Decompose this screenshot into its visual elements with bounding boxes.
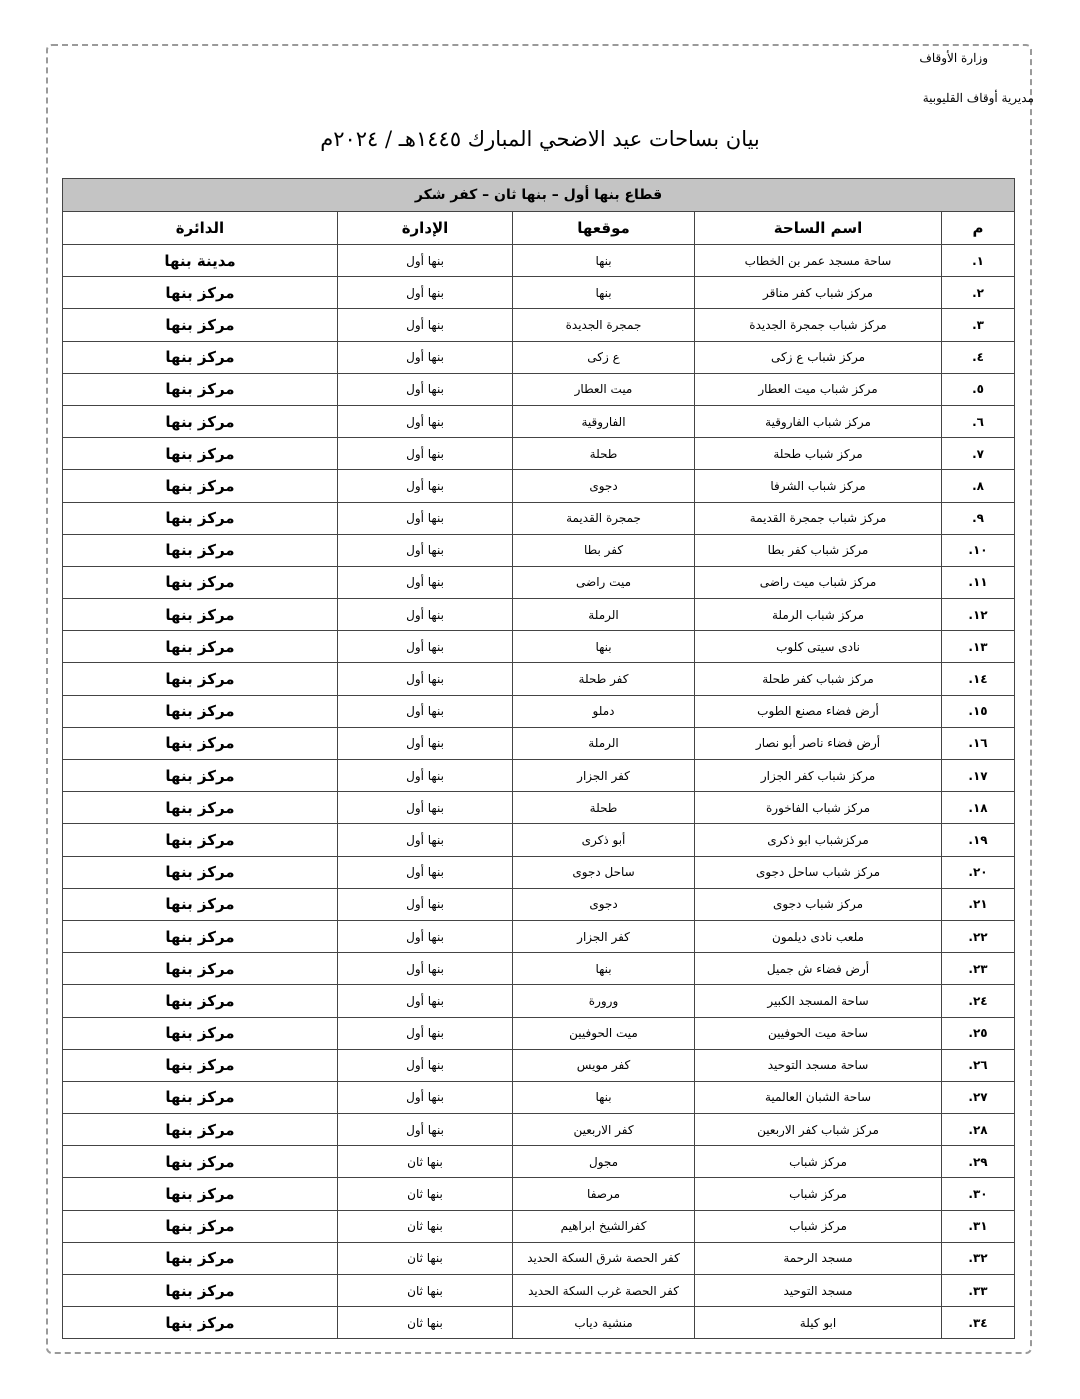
square-location: أبو ذكرى: [513, 824, 695, 856]
square-administration: بنها أول: [338, 277, 513, 309]
table-row: ٩.مركز شباب جمجرة القديمةجمجرة القديمةبن…: [63, 502, 1015, 534]
square-administration: بنها أول: [338, 760, 513, 792]
table-row: ٣٢.مسجد الرحمةكفر الحصة شرق السكة الحديد…: [63, 1242, 1015, 1274]
table-row: ٢٦.ساحة مسجد التوحيدكفر مويسبنها أولمركز…: [63, 1049, 1015, 1081]
square-location: جمجرة الجديدة: [513, 309, 695, 341]
table-row: ٧.مركز شباب طحلةطحلةبنها أولمركز بنها: [63, 438, 1015, 470]
table-row: ٢٥.ساحة ميت الحوفيينميت الحوفيينبنها أول…: [63, 1017, 1015, 1049]
table-row: ٦.مركز شباب الفاروقيةالفاروقيةبنها أولمر…: [63, 405, 1015, 437]
square-name: مسجد الرحمة: [695, 1242, 942, 1274]
square-administration: بنها أول: [338, 856, 513, 888]
row-number: ١٣.: [942, 631, 1015, 663]
square-circle: مركز بنها: [63, 566, 338, 598]
square-location: كفر مويس: [513, 1049, 695, 1081]
square-administration: بنها ثان: [338, 1275, 513, 1307]
row-number: ١٧.: [942, 760, 1015, 792]
table-row: ١٧.مركز شباب كفر الجزاركفر الجزاربنها أو…: [63, 760, 1015, 792]
document-title: بيان بساحات عيد الاضحي المبارك ١٤٤٥هـ / …: [0, 127, 1080, 151]
square-circle: مدينة بنها: [63, 245, 338, 277]
square-circle: مركز بنها: [63, 985, 338, 1017]
square-location: مجول: [513, 1146, 695, 1178]
square-name: مركز شباب كفر مناقر: [695, 277, 942, 309]
square-administration: بنها أول: [338, 631, 513, 663]
table-row: ٥.مركز شباب ميت العطارميت العطاربنها أول…: [63, 373, 1015, 405]
row-number: ١٠.: [942, 534, 1015, 566]
row-number: ٨.: [942, 470, 1015, 502]
square-administration: بنها ثان: [338, 1178, 513, 1210]
row-number: ٧.: [942, 438, 1015, 470]
square-circle: مركز بنها: [63, 309, 338, 341]
directorate-label: مديرية أوقاف القليوبية: [923, 91, 1034, 105]
table-row: ١٩.مركزشباب ابو ذكرىأبو ذكرىبنها أولمركز…: [63, 824, 1015, 856]
square-circle: مركز بنها: [63, 856, 338, 888]
square-administration: بنها أول: [338, 792, 513, 824]
square-location: دجوى: [513, 470, 695, 502]
square-circle: مركز بنها: [63, 1114, 338, 1146]
row-number: ٢٩.: [942, 1146, 1015, 1178]
square-circle: مركز بنها: [63, 438, 338, 470]
square-location: مرصفا: [513, 1178, 695, 1210]
square-name: مركز شباب كفر طحلة: [695, 663, 942, 695]
square-location: ساحل دجوى: [513, 856, 695, 888]
square-administration: بنها أول: [338, 727, 513, 759]
square-administration: بنها أول: [338, 985, 513, 1017]
row-number: ٣٤.: [942, 1307, 1015, 1339]
row-number: ١٢.: [942, 599, 1015, 631]
square-name: مركز شباب الفاخورة: [695, 792, 942, 824]
square-name: مركز شباب طحلة: [695, 438, 942, 470]
table-row: ١٥.أرض فضاء مصنع الطوبدملوبنها أولمركز ب…: [63, 695, 1015, 727]
row-number: ٣٣.: [942, 1275, 1015, 1307]
square-location: كفرالشيخ ابراهيم: [513, 1210, 695, 1242]
square-location: الفاروقية: [513, 405, 695, 437]
square-name: ساحة مسجد عمر بن الخطاب: [695, 245, 942, 277]
table-row: ٢٣.أرض فضاء ش جميلبنهابنها أولمركز بنها: [63, 953, 1015, 985]
square-name: مركز شباب الرملة: [695, 599, 942, 631]
table-row: ٢٨.مركز شباب كفر الاربعينكفر الاربعينبنه…: [63, 1114, 1015, 1146]
table-row: ٣٠.مركز شبابمرصفابنها ثانمركز بنها: [63, 1178, 1015, 1210]
square-administration: بنها ثان: [338, 1307, 513, 1339]
square-location: ميت العطار: [513, 373, 695, 405]
square-circle: مركز بنها: [63, 502, 338, 534]
squares-table: قطاع بنها أول – بنها ثان – كفر شكر م اسم…: [62, 178, 1015, 1339]
square-name: مركز شباب: [695, 1210, 942, 1242]
square-circle: مركز بنها: [63, 405, 338, 437]
square-circle: مركز بنها: [63, 792, 338, 824]
table-row: ٢١.مركز شباب دجوىدجوىبنها أولمركز بنها: [63, 888, 1015, 920]
row-number: ٢٠.: [942, 856, 1015, 888]
row-number: ٤.: [942, 341, 1015, 373]
square-circle: مركز بنها: [63, 470, 338, 502]
square-administration: بنها أول: [338, 695, 513, 727]
square-name: مركز شباب جمجرة الجديدة: [695, 309, 942, 341]
square-circle: مركز بنها: [63, 888, 338, 920]
square-location: دجوى: [513, 888, 695, 920]
square-circle: مركز بنها: [63, 727, 338, 759]
square-location: ميت راضى: [513, 566, 695, 598]
square-location: ورورة: [513, 985, 695, 1017]
square-administration: بنها أول: [338, 566, 513, 598]
column-header-administration: الإدارة: [338, 212, 513, 245]
square-administration: بنها أول: [338, 1049, 513, 1081]
row-number: ٢.: [942, 277, 1015, 309]
square-administration: بنها أول: [338, 373, 513, 405]
square-name: مركز شباب الفاروقية: [695, 405, 942, 437]
square-circle: مركز بنها: [63, 663, 338, 695]
square-location: كفر الجزار: [513, 760, 695, 792]
square-circle: مركز بنها: [63, 373, 338, 405]
square-name: ملعب نادى ديلمون: [695, 920, 942, 952]
square-administration: بنها أول: [338, 438, 513, 470]
square-location: جمجرة القديمة: [513, 502, 695, 534]
table-row: ١٤.مركز شباب كفر طحلةكفر طحلةبنها أولمرك…: [63, 663, 1015, 695]
square-circle: مركز بنها: [63, 760, 338, 792]
row-number: ٢٣.: [942, 953, 1015, 985]
table-row: ١٢.مركز شباب الرملةالرملةبنها أولمركز بن…: [63, 599, 1015, 631]
table-row: ٣٣.مسجد التوحيدكفر الحصة غرب السكة الحدي…: [63, 1275, 1015, 1307]
square-administration: بنها أول: [338, 888, 513, 920]
square-circle: مركز بنها: [63, 1017, 338, 1049]
row-number: ١٨.: [942, 792, 1015, 824]
square-name: مركز شباب: [695, 1146, 942, 1178]
row-number: ٢٤.: [942, 985, 1015, 1017]
square-name: مركزشباب ابو ذكرى: [695, 824, 942, 856]
square-administration: بنها أول: [338, 341, 513, 373]
table-row: ٢٧.ساحة الشبان العالميةبنهابنها أولمركز …: [63, 1081, 1015, 1113]
square-name: أرض فضاء مصنع الطوب: [695, 695, 942, 727]
square-circle: مركز بنها: [63, 695, 338, 727]
square-administration: بنها أول: [338, 953, 513, 985]
table-row: ١٦.أرض فضاء ناصر أبو نصارالرملةبنها أولم…: [63, 727, 1015, 759]
square-administration: بنها أول: [338, 1081, 513, 1113]
square-administration: بنها ثان: [338, 1210, 513, 1242]
row-number: ٢٦.: [942, 1049, 1015, 1081]
row-number: ٦.: [942, 405, 1015, 437]
square-administration: بنها أول: [338, 1017, 513, 1049]
square-circle: مركز بنها: [63, 534, 338, 566]
square-name: مركز شباب كفر الجزار: [695, 760, 942, 792]
square-circle: مركز بنها: [63, 824, 338, 856]
square-name: مركز شباب جمجرة القديمة: [695, 502, 942, 534]
square-circle: مركز بنها: [63, 277, 338, 309]
square-location: بنها: [513, 631, 695, 663]
row-number: ٣٢.: [942, 1242, 1015, 1274]
column-header-location: موقعها: [513, 212, 695, 245]
table-row: ١.ساحة مسجد عمر بن الخطاببنهابنها أولمدي…: [63, 245, 1015, 277]
row-number: ١.: [942, 245, 1015, 277]
square-circle: مركز بنها: [63, 1146, 338, 1178]
square-name: مركز شباب دجوى: [695, 888, 942, 920]
square-name: أرض فضاء ناصر أبو نصار: [695, 727, 942, 759]
square-administration: بنها أول: [338, 534, 513, 566]
row-number: ٣.: [942, 309, 1015, 341]
square-circle: مركز بنها: [63, 341, 338, 373]
table-row: ١٨.مركز شباب الفاخورةطحلةبنها أولمركز بن…: [63, 792, 1015, 824]
square-administration: بنها أول: [338, 599, 513, 631]
sector-title: قطاع بنها أول – بنها ثان – كفر شكر: [63, 179, 1015, 212]
table-row: ٢٩.مركز شبابمجولبنها ثانمركز بنها: [63, 1146, 1015, 1178]
square-administration: بنها أول: [338, 245, 513, 277]
square-location: طحلة: [513, 438, 695, 470]
square-location: طحلة: [513, 792, 695, 824]
table-row: ٢٢.ملعب نادى ديلمونكفر الجزاربنها أولمرك…: [63, 920, 1015, 952]
square-location: دملو: [513, 695, 695, 727]
square-name: أرض فضاء ش جميل: [695, 953, 942, 985]
table-row: ١٣.نادى سيتى كلوببنهابنها أولمركز بنها: [63, 631, 1015, 663]
square-name: مركز شباب كفر الاربعين: [695, 1114, 942, 1146]
square-administration: بنها ثان: [338, 1146, 513, 1178]
square-name: مركز شباب كفر بطا: [695, 534, 942, 566]
column-header-circle: الدائرة: [63, 212, 338, 245]
square-administration: بنها أول: [338, 309, 513, 341]
square-circle: مركز بنها: [63, 1210, 338, 1242]
table-row: ٤.مركز شباب ع زكىع زكىبنها أولمركز بنها: [63, 341, 1015, 373]
table-row: ٣.مركز شباب جمجرة الجديدةجمجرة الجديدةبن…: [63, 309, 1015, 341]
square-location: منشية دياب: [513, 1307, 695, 1339]
square-circle: مركز بنها: [63, 953, 338, 985]
square-circle: مركز بنها: [63, 1049, 338, 1081]
square-administration: بنها ثان: [338, 1242, 513, 1274]
square-location: كفر بطا: [513, 534, 695, 566]
square-name: مركز شباب ع زكى: [695, 341, 942, 373]
table-row: ١٠.مركز شباب كفر بطاكفر بطابنها أولمركز …: [63, 534, 1015, 566]
square-location: ميت الحوفيين: [513, 1017, 695, 1049]
table-row: ٢٠.مركز شباب ساحل دجوىساحل دجوىبنها أولم…: [63, 856, 1015, 888]
row-number: ٥.: [942, 373, 1015, 405]
square-administration: بنها أول: [338, 1114, 513, 1146]
row-number: ٩.: [942, 502, 1015, 534]
square-circle: مركز بنها: [63, 1178, 338, 1210]
square-location: بنها: [513, 245, 695, 277]
square-circle: مركز بنها: [63, 631, 338, 663]
square-name: مركز شباب ميت العطار: [695, 373, 942, 405]
table-body: ١.ساحة مسجد عمر بن الخطاببنهابنها أولمدي…: [63, 245, 1015, 1339]
square-name: مركز شباب ساحل دجوى: [695, 856, 942, 888]
square-name: نادى سيتى كلوب: [695, 631, 942, 663]
table-row: ٢.مركز شباب كفر مناقربنهابنها أولمركز بن…: [63, 277, 1015, 309]
table-row: ١١.مركز شباب ميت راضىميت راضىبنها أولمرك…: [63, 566, 1015, 598]
square-name: مركز شباب ميت راضى: [695, 566, 942, 598]
table-row: ٣١.مركز شبابكفرالشيخ ابراهيمبنها ثانمركز…: [63, 1210, 1015, 1242]
square-location: ع زكى: [513, 341, 695, 373]
square-name: ساحة ميت الحوفيين: [695, 1017, 942, 1049]
square-location: كفر الحصة غرب السكة الحديد: [513, 1275, 695, 1307]
square-circle: مركز بنها: [63, 920, 338, 952]
ministry-label: وزارة الأوقاف: [919, 51, 988, 65]
square-administration: بنها أول: [338, 663, 513, 695]
square-administration: بنها أول: [338, 920, 513, 952]
column-header-number: م: [942, 212, 1015, 245]
row-number: ١٤.: [942, 663, 1015, 695]
row-number: ١٦.: [942, 727, 1015, 759]
square-location: كفر الاربعين: [513, 1114, 695, 1146]
square-name: مسجد التوحيد: [695, 1275, 942, 1307]
row-number: ٢٢.: [942, 920, 1015, 952]
square-administration: بنها أول: [338, 470, 513, 502]
square-circle: مركز بنها: [63, 1275, 338, 1307]
square-location: كفر الجزار: [513, 920, 695, 952]
square-location: الرملة: [513, 727, 695, 759]
square-circle: مركز بنها: [63, 1081, 338, 1113]
square-administration: بنها أول: [338, 405, 513, 437]
square-circle: مركز بنها: [63, 1307, 338, 1339]
row-number: ٢٥.: [942, 1017, 1015, 1049]
row-number: ١٥.: [942, 695, 1015, 727]
column-header-name: اسم الساحة: [695, 212, 942, 245]
row-number: ٣٠.: [942, 1178, 1015, 1210]
table-row: ٨.مركز شباب الشرفادجوىبنها أولمركز بنها: [63, 470, 1015, 502]
square-location: بنها: [513, 1081, 695, 1113]
square-administration: بنها أول: [338, 502, 513, 534]
square-location: كفر طحلة: [513, 663, 695, 695]
square-administration: بنها أول: [338, 824, 513, 856]
table-row: ٢٤.ساحة المسجد الكبيرورورةبنها أولمركز ب…: [63, 985, 1015, 1017]
square-circle: مركز بنها: [63, 1242, 338, 1274]
square-location: بنها: [513, 953, 695, 985]
row-number: ١٩.: [942, 824, 1015, 856]
square-name: مركز شباب الشرفا: [695, 470, 942, 502]
square-location: كفر الحصة شرق السكة الحديد: [513, 1242, 695, 1274]
row-number: ١١.: [942, 566, 1015, 598]
square-location: الرملة: [513, 599, 695, 631]
table-row: ٣٤.ابو كيلةمنشية دياببنها ثانمركز بنها: [63, 1307, 1015, 1339]
square-name: ابو كيلة: [695, 1307, 942, 1339]
row-number: ٢٧.: [942, 1081, 1015, 1113]
row-number: ٣١.: [942, 1210, 1015, 1242]
square-name: ساحة مسجد التوحيد: [695, 1049, 942, 1081]
row-number: ٢١.: [942, 888, 1015, 920]
square-name: ساحة المسجد الكبير: [695, 985, 942, 1017]
square-name: ساحة الشبان العالمية: [695, 1081, 942, 1113]
row-number: ٢٨.: [942, 1114, 1015, 1146]
square-name: مركز شباب: [695, 1178, 942, 1210]
square-circle: مركز بنها: [63, 599, 338, 631]
square-location: بنها: [513, 277, 695, 309]
